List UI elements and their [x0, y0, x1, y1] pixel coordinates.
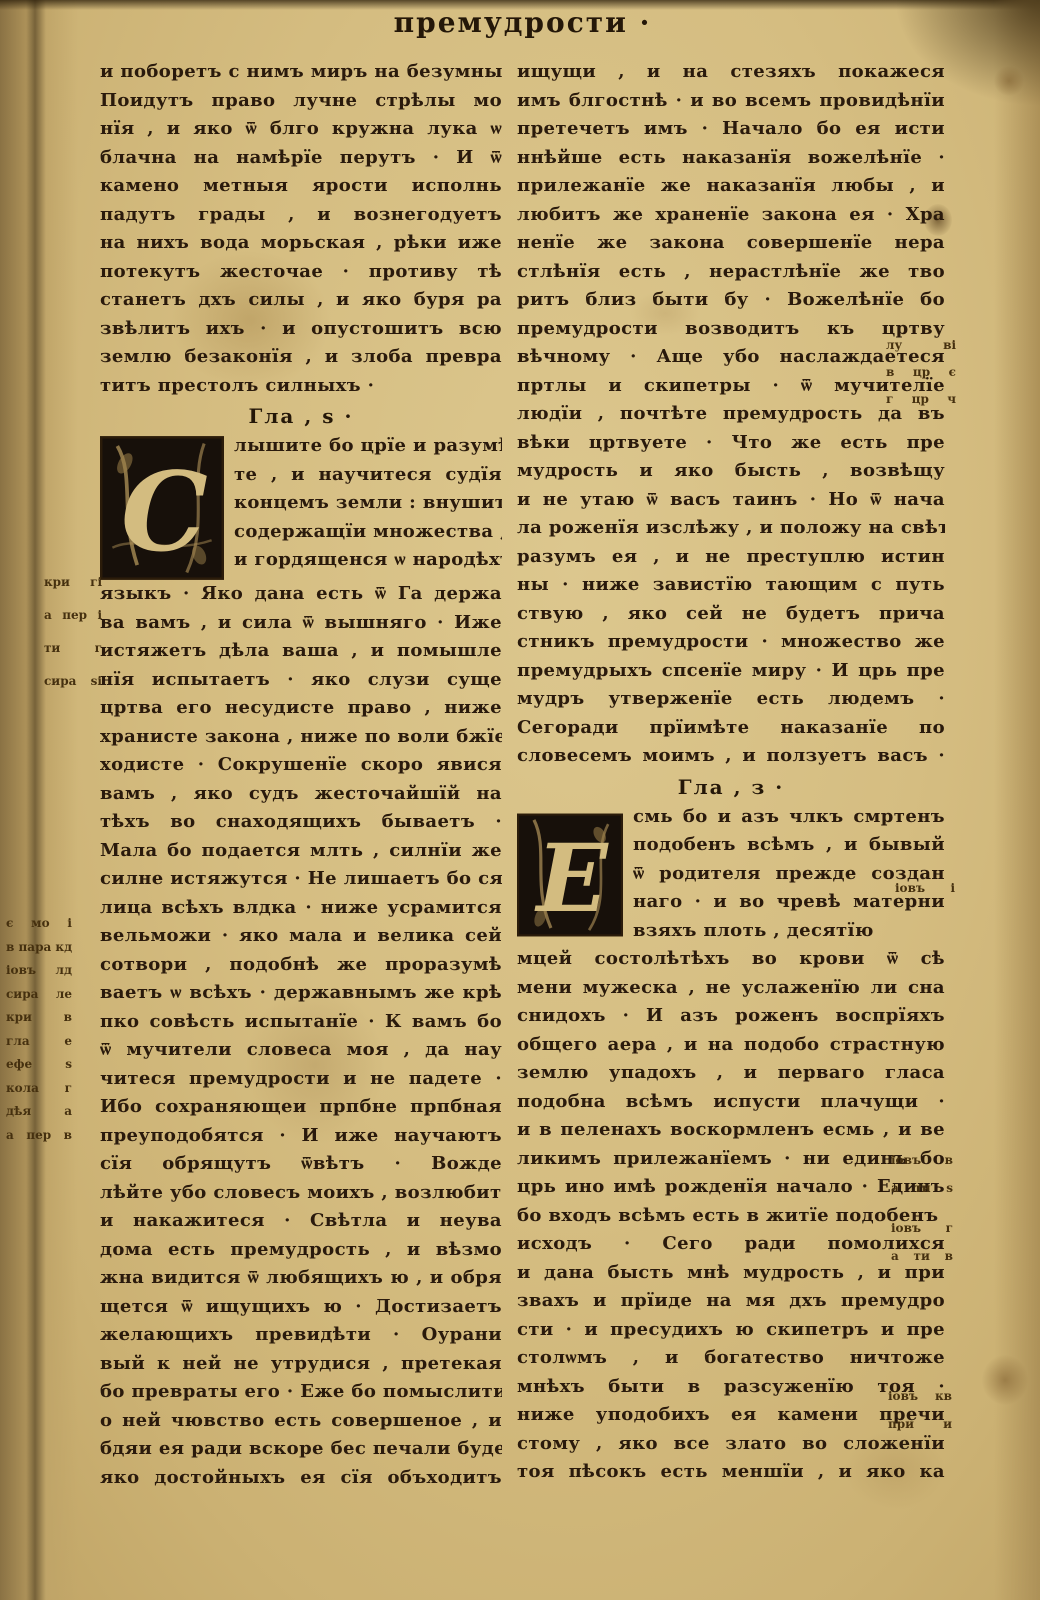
margin-reference: іовъ і	[895, 876, 955, 900]
text-line: землю безаконїя , и злоба превра	[100, 343, 502, 372]
margin-reference: кри гі	[44, 566, 102, 599]
text-line: звѣлитъ ихъ · и опустошитъ всю	[100, 315, 502, 344]
text-line: сїя обрящутъ ѿвѣтъ · Вожде	[100, 1150, 502, 1179]
text-line: и дана бысть мнѣ мудрость , и при	[517, 1259, 945, 1288]
margin-references: кри гіа пер іти гсира ѕі	[44, 566, 102, 698]
text-line: людїи , почтѣте премудрость да въ	[517, 400, 945, 429]
text-line: щется ѿ ищущихъ ю · Достизаетъ	[100, 1293, 502, 1322]
text-line: взяхъ плоть , десятїю	[633, 917, 945, 946]
text-line: ѿ мучители словеса моя , да нау	[100, 1036, 502, 1065]
margin-references: іовъ і	[895, 876, 955, 900]
text-line: желающихъ превидѣти · Оурани	[100, 1321, 502, 1350]
chapter-opening: С лышите бо црїе и разумѣйте , и научите…	[100, 432, 502, 580]
text-line: ствую , яко сей не будетъ прича	[517, 600, 945, 629]
text-line: и накажитеся · Свѣтла и неува	[100, 1207, 502, 1236]
text-line: ны · ниже завистїю тающим с путь	[517, 571, 945, 600]
text-line: бо превраты его · Еже бо помыслити	[100, 1378, 502, 1407]
margin-reference: при и	[888, 1410, 952, 1438]
text-line: сти · и пресудихъ ю скипетръ и пре	[517, 1316, 945, 1345]
text-line: исходъ · Сего ради помолихся	[517, 1230, 945, 1259]
text-line: лышите бо црїе и разумѣй	[234, 432, 502, 461]
text-line: прилежанїе же наказанїя любы , и	[517, 172, 945, 201]
text-line: ликимъ прилежанїемъ · ни единъ бо	[517, 1145, 945, 1174]
text-line: любитъ же храненїе закона ея · Хра	[517, 201, 945, 230]
text-line: ненїе же закона совершенїе нера	[517, 229, 945, 258]
text-line: нїя , и яко ѿ блго кружна лука ѡ	[100, 115, 502, 144]
text-line: премудрыхъ спсенїе миру · И црь пре	[517, 657, 945, 686]
margin-references: лу вів цр єг цр ч	[886, 332, 956, 413]
text-line: дома есть премудрость , и вѣзмо	[100, 1236, 502, 1265]
text-line: мудръ утверженїе есть людемъ ·	[517, 685, 945, 714]
text-line: истяжетъ дѣла ваша , и помышле	[100, 637, 502, 666]
margin-reference: ти г	[44, 632, 102, 665]
text-line: бдяи ея ради вскоре бес печали будетъ ·	[100, 1435, 502, 1464]
margin-reference: в пара кд	[6, 936, 72, 960]
margin-reference: кри в	[6, 1006, 72, 1030]
column-lines: и поборетъ с нимъ миръ на безумныя ·Поид…	[100, 58, 502, 400]
text-line: и не утаю ѿ васъ таинъ · Но ѿ нача	[517, 486, 945, 515]
margin-reference: іовъ кв	[888, 1382, 952, 1410]
margin-reference: іовъ г	[891, 1214, 953, 1242]
text-line: тѣхъ во снаходящихъ бываетъ ·	[100, 808, 502, 837]
text-line: сотвори , подобнѣ же проразумѣ	[100, 951, 502, 980]
text-line: ваетъ ѡ всѣхъ · державнымъ же крѣ	[100, 979, 502, 1008]
column-lines: ищущи , и на стезяхъ покажесяимъ блгостн…	[517, 58, 945, 771]
text-line: содержащїи множества ,	[234, 518, 502, 547]
text-line: словесемъ моимъ , и ползуетъ васъ ·	[517, 742, 945, 771]
text-line: вѣки цртвуете · Что же есть пре	[517, 429, 945, 458]
margin-reference: лу ві	[886, 332, 956, 359]
text-line: стлѣнїя есть , нерастлѣнїе же тво	[517, 258, 945, 287]
text-line: жна видится ѿ любящихъ ю , и обря	[100, 1264, 502, 1293]
text-line: претечетъ имъ · Начало бо ея исти	[517, 115, 945, 144]
text-line: подобенъ всѣмъ , и бывый	[633, 831, 945, 860]
text-line: мени мужеска , не услаженїю ли сна	[517, 974, 945, 1003]
margin-references: іовъ квпри и	[888, 1382, 952, 1438]
text-line: ищущи , и на стезяхъ покажеся	[517, 58, 945, 87]
text-line: пртлы и скипетры · ѿ мучителїе	[517, 372, 945, 401]
column-lines: мцей состолѣтѣхъ во крови ѿ сѣмени мужес…	[517, 945, 945, 1487]
text-line: вѣчному · Аще убо наслаждаетеся	[517, 343, 945, 372]
scanned-book-page: премудрости · и поборетъ с нимъ миръ на …	[0, 0, 1040, 1600]
text-line: блачна на намѣрїе перутъ · И ѿ	[100, 144, 502, 173]
chapter-opening: Е смь бо и азъ члкъ смртенъподобенъ всѣм…	[517, 803, 945, 946]
text-line: мцей состолѣтѣхъ во крови ѿ сѣ	[517, 945, 945, 974]
text-line: хранисте закона , ниже по воли бжїей	[100, 723, 502, 752]
text-line: и в пеленахъ воскормленъ есмь , и ве	[517, 1116, 945, 1145]
text-line: вельможи · яко мала и велика сей	[100, 922, 502, 951]
text-line: ла роженїя изслѣжу , и положу на свѣтъ	[517, 514, 945, 543]
text-line: смь бо и азъ члкъ смртенъ	[633, 803, 945, 832]
margin-reference: а пер в	[6, 1124, 72, 1148]
text-line: титъ престолъ силныхъ ·	[100, 372, 502, 401]
text-line: падутъ грады , и вознегодуетъ	[100, 201, 502, 230]
text-line: яко достойныхъ ея сїя объходитъ	[100, 1464, 502, 1493]
woodcut-drop-cap: Е	[517, 807, 623, 943]
column-lines: языкъ · Яко дана есть ѿ Га держава вамъ …	[100, 580, 502, 1492]
drop-cap-letter: Е	[534, 823, 610, 933]
text-line: премудрости возводитъ къ цртву	[517, 315, 945, 344]
text-line: ходисте · Сокрушенїе скоро явися	[100, 751, 502, 780]
margin-reference: в цр є	[886, 359, 956, 386]
text-line: на нихъ вода морьская , рѣки иже	[100, 229, 502, 258]
margin-reference: г цр ч	[886, 386, 956, 413]
text-line: Ибо сохраняющеи прпбне прпбная	[100, 1093, 502, 1122]
page-right-edge	[994, 0, 1040, 1600]
text-line: разумъ ея , и не преступлю истин	[517, 543, 945, 572]
margin-reference: сира ле	[6, 983, 72, 1007]
text-line: Сегоради прїимѣте наказанїе по	[517, 714, 945, 743]
text-line: и поборетъ с нимъ миръ на безумныя ·	[100, 58, 502, 87]
text-line: ритъ близ быти бу · Вожелѣнїе бо	[517, 286, 945, 315]
text-line: имъ блгостнѣ · и во всемъ провидѣнїи	[517, 87, 945, 116]
text-line: и гордященся ѡ народѣхъ	[234, 546, 502, 575]
column-lines: смь бо и азъ члкъ смртенъподобенъ всѣмъ …	[633, 803, 945, 946]
text-line: пко совѣсть испытанїе · К вамъ бо	[100, 1008, 502, 1037]
text-line: лица всѣхъ влдка · ниже усрамится	[100, 894, 502, 923]
column-lines: лышите бо црїе и разумѣйте , и научитеся…	[234, 432, 502, 575]
text-column-right: ищущи , и на стезяхъ покажесяимъ блгостн…	[517, 58, 945, 1487]
binding-crease	[26, 0, 46, 1600]
text-line: языкъ · Яко дана есть ѿ Га держа	[100, 580, 502, 609]
text-line: ннѣйше есть наказанїя вожелѣнїе ·	[517, 144, 945, 173]
text-line: общего аера , и на подобо страстную	[517, 1031, 945, 1060]
margin-references: є мо ів пара кдіовъ лдсира лекри вгла ее…	[6, 912, 72, 1147]
text-line: камено метныя ярости исполнь	[100, 172, 502, 201]
text-line: стникъ премудрости · множество же	[517, 628, 945, 657]
margin-reference: ефе ѕ	[6, 1053, 72, 1077]
text-line: потекутъ жесточае · противу тѣ	[100, 258, 502, 287]
drop-cap-letter: С	[121, 448, 208, 576]
text-line: звахъ и прїиде на мя дхъ премудро	[517, 1287, 945, 1316]
text-line: Поидутъ право лучне стрѣлы мо	[100, 87, 502, 116]
margin-reference: а ти ѕ	[891, 1174, 953, 1202]
text-line: землю упадохъ , и перваго гласа	[517, 1059, 945, 1088]
text-line: те , и научитеся судїя	[234, 461, 502, 490]
text-line: цртва его несудисте право , ниже	[100, 694, 502, 723]
margin-reference: іовъ в	[891, 1146, 953, 1174]
text-line: мудрость и яко бысть , возвѣщу	[517, 457, 945, 486]
text-line: ва вамъ , и сила ѿ вышняго · Иже	[100, 609, 502, 638]
text-line: о ней чювство есть совершеное , и	[100, 1407, 502, 1436]
margin-references: іовъ ва ти ѕ	[891, 1146, 953, 1202]
margin-reference: дѣя а	[6, 1100, 72, 1124]
text-line: тоя пѣсокъ есть меншїи , и яко ка	[517, 1458, 945, 1487]
text-line: читеся премудрости и не падете ·	[100, 1065, 502, 1094]
woodcut-drop-cap: С	[100, 436, 224, 580]
text-line: вый к ней не утрудися , претекая	[100, 1350, 502, 1379]
text-line: преуподобятся · И иже научаютъ	[100, 1122, 502, 1151]
text-line: Мала бо подается млть , силнїи же	[100, 837, 502, 866]
text-line: подобна всѣмъ испусти плачущи ·	[517, 1088, 945, 1117]
text-line: нїя испытаетъ · яко слузи суще	[100, 666, 502, 695]
text-line: концемъ земли : внушите	[234, 489, 502, 518]
margin-reference: кола г	[6, 1077, 72, 1101]
text-line: ниже уподобихъ ея камени пречи	[517, 1401, 945, 1430]
margin-reference: гла е	[6, 1030, 72, 1054]
margin-reference: а пер і	[44, 599, 102, 632]
chapter-heading-7: Гла , з ·	[517, 771, 945, 803]
margin-reference: а ти в	[891, 1242, 953, 1270]
chapter-heading-6: Гла , ѕ ·	[100, 400, 502, 432]
text-line: лѣйте убо словесъ моихъ , возлюбите	[100, 1179, 502, 1208]
text-line: црь ино имѣ рожденїя начало · Единъ	[517, 1173, 945, 1202]
text-line: снидохъ · И азъ роженъ воспрїяхъ	[517, 1002, 945, 1031]
running-title: премудрости ·	[100, 6, 945, 39]
text-line: станетъ дхъ силы , и яко буря ра	[100, 286, 502, 315]
text-column-left: и поборетъ с нимъ миръ на безумныя ·Поид…	[100, 58, 502, 1492]
text-line: столѡмъ , и богатество ничтоже	[517, 1344, 945, 1373]
text-line: стому , яко все злато во сложенїи	[517, 1430, 945, 1459]
text-line: вамъ , яко судъ жесточайшїй на	[100, 780, 502, 809]
text-line: мнѣхъ быти в разсуженїю тоя ·	[517, 1373, 945, 1402]
margin-references: іовъ га ти в	[891, 1214, 953, 1270]
text-line: бо входъ всѣмъ есть в житїе подобенъ же	[517, 1202, 945, 1231]
margin-reference: іовъ лд	[6, 959, 72, 983]
margin-reference: є мо і	[6, 912, 72, 936]
text-line: силне истяжутся · Не лишаетъ бо ся	[100, 865, 502, 894]
margin-reference: сира ѕі	[44, 665, 102, 698]
